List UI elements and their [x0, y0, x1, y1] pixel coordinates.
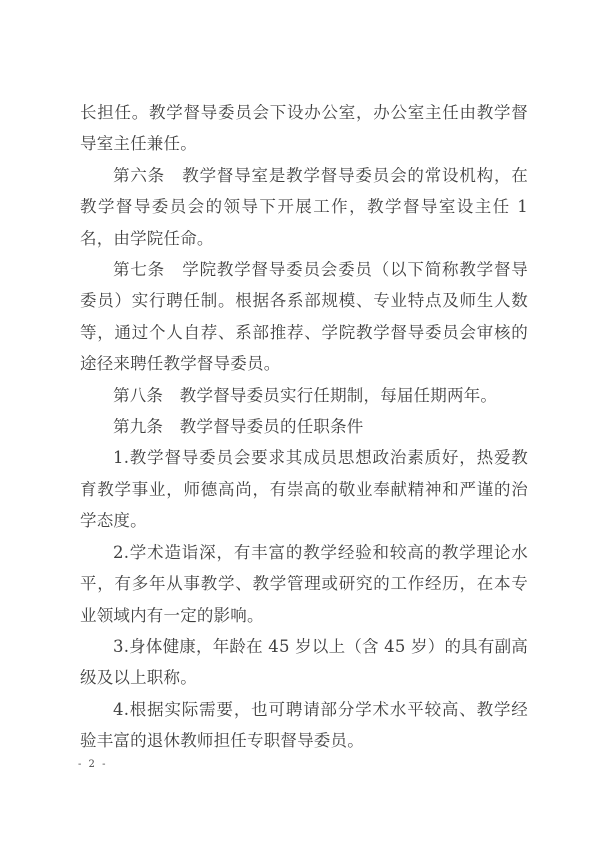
paragraph: 第六条 教学督导室是教学督导委员会的常设机构，在教学督导委员会的领导下开展工作，…	[80, 160, 528, 254]
page-number: - 2 -	[78, 758, 107, 772]
paragraph: 3.身体健康，年龄在 45 岁以上（含 45 岁）的具有副高级及以上职称。	[80, 631, 528, 694]
paragraph: 第九条 教学督导委员的任职条件	[80, 411, 528, 442]
paragraph: 4.根据实际需要，也可聘请部分学术水平较高、教学经验丰富的退休教师担任专职督导委…	[80, 694, 528, 757]
paragraph: 第八条 教学督导委员实行任期制，每届任期两年。	[80, 380, 528, 411]
paragraph: 第七条 学院教学督导委员会委员（以下简称教学督导委员）实行聘任制。根据各系部规模…	[80, 254, 528, 380]
document-page: 长担任。教学督导委员会下设办公室，办公室主任由教学督导室主任兼任。第六条 教学督…	[0, 0, 600, 849]
paragraph: 长担任。教学督导委员会下设办公室，办公室主任由教学督导室主任兼任。	[80, 97, 528, 160]
document-body: 长担任。教学督导委员会下设办公室，办公室主任由教学督导室主任兼任。第六条 教学督…	[80, 97, 528, 757]
paragraph: 1.教学督导委员会要求其成员思想政治素质好，热爱教育教学事业，师德高尚，有崇高的…	[80, 442, 528, 536]
paragraph: 2.学术造诣深，有丰富的教学经验和较高的教学理论水平，有多年从事教学、教学管理或…	[80, 537, 528, 631]
